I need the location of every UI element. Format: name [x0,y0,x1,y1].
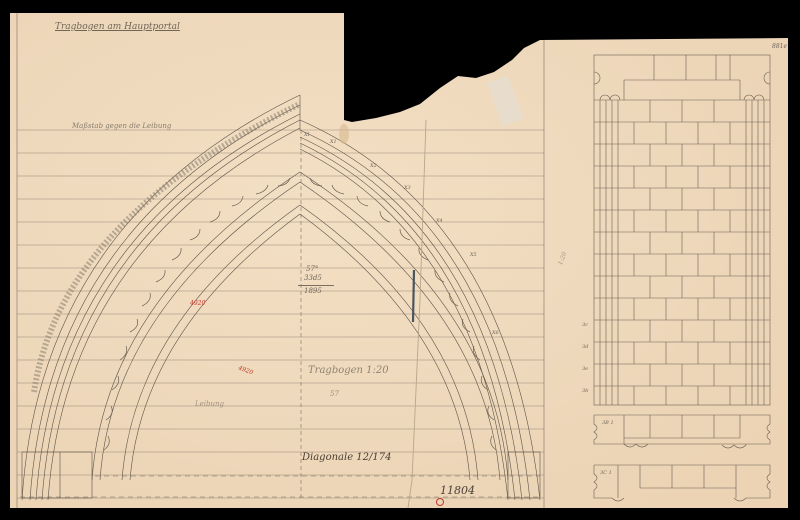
paper-stain [339,124,349,144]
title-annotation: Tragbogen am Hauptportal [55,22,180,32]
voussoir-label: X3 [404,185,411,191]
fraction-middle: 33d5 [304,274,322,282]
catalog-number: 11804 [440,484,475,497]
voussoir-label: X2 [370,163,377,169]
row-label: 3c [582,322,588,328]
red-mark-left: 4920 [190,300,205,307]
drawing-scan [0,0,800,520]
row-label: 3e [582,366,588,372]
arch-small-number: 57 [330,390,339,398]
graphite-mark [413,270,414,322]
voussoir-label: XI [304,132,310,138]
fraction-top: 57° [306,265,318,273]
red-circle-mark [436,498,444,506]
plan-row1-label: 3B 1 [602,420,614,426]
voussoir-label: X4 [436,218,443,224]
row-label: 3d [582,344,588,350]
voussoir-label: X5 [470,252,477,258]
diagonal-note: Diagonale 12/174 [302,452,391,463]
sheet-number: 881e [772,43,787,50]
voussoir-label: X6 [492,330,499,336]
plan-row2-label: 3C 1 [600,470,612,476]
voussoir-label: X1 [330,139,337,145]
row-label: 3b [582,388,588,394]
fraction-bottom: 1895 [304,287,322,295]
scale-note: Maßstab gegen die Leibung [72,122,171,130]
arch-label: Tragbogen 1:20 [308,365,389,376]
leibung-note: Leibung [195,400,224,408]
fraction-bar [298,285,334,286]
